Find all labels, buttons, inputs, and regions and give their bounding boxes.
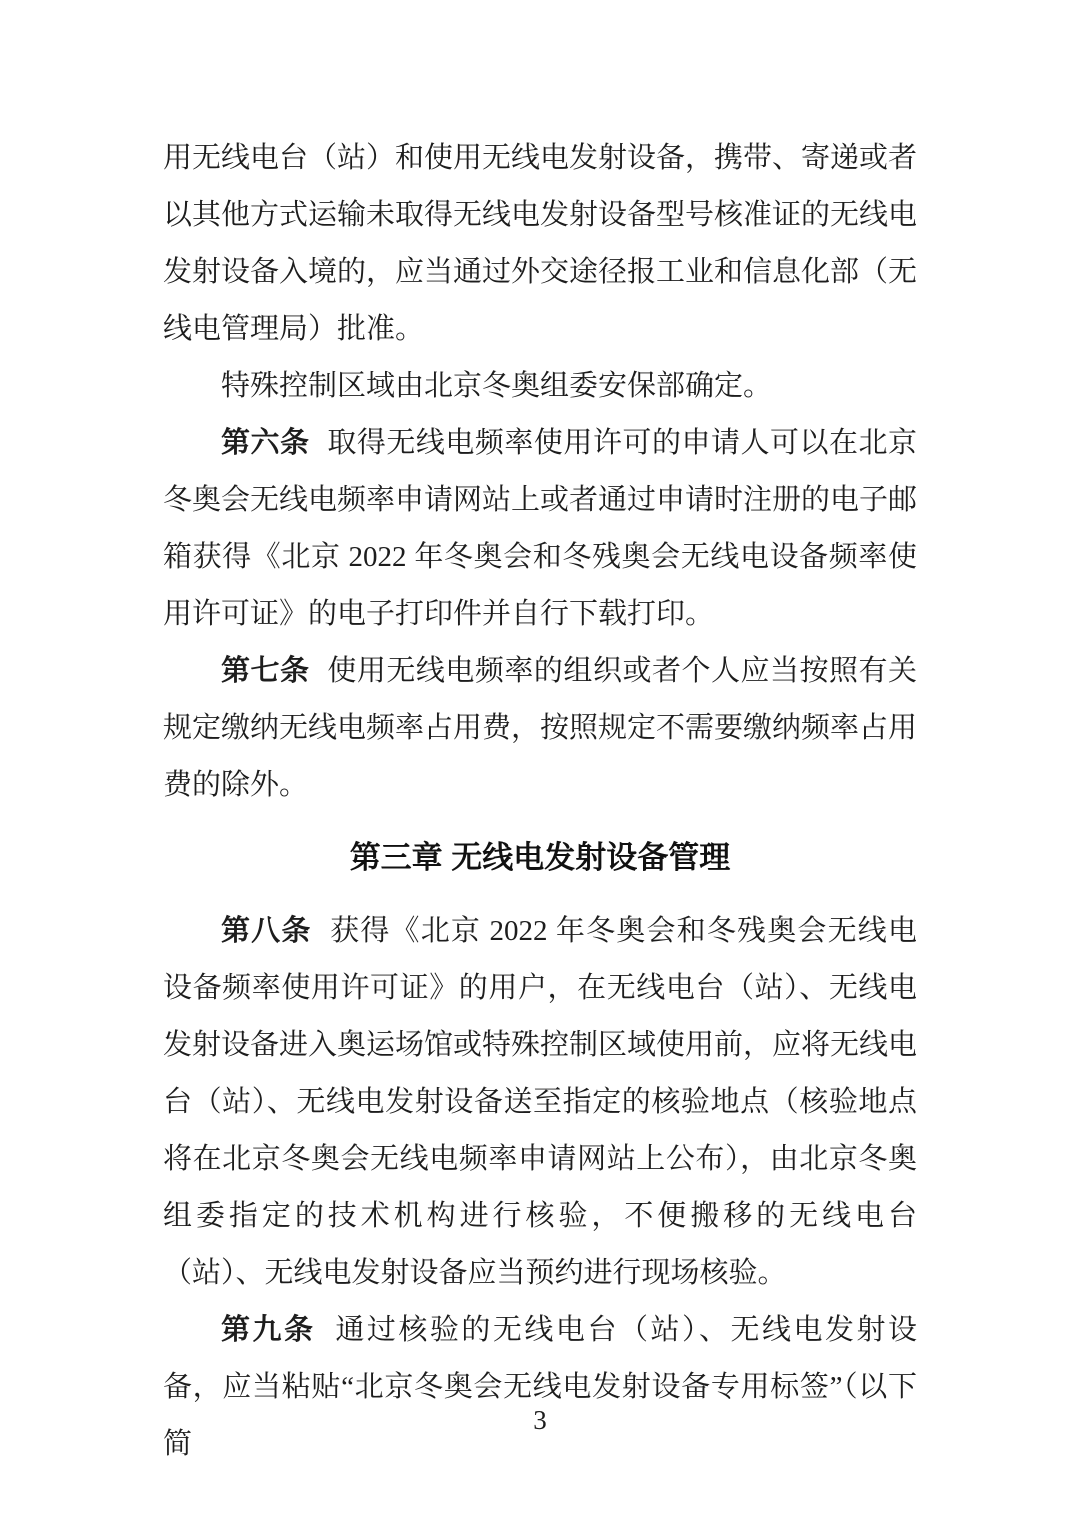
paragraph-text: 用无线电台（站）和使用无线电发射设备，携带、寄递或者以其他方式运输未取得无线电发… bbox=[163, 142, 917, 345]
document-page: 用无线电台（站）和使用无线电发射设备，携带、寄递或者以其他方式运输未取得无线电发… bbox=[0, 0, 1080, 1527]
paragraph: 特殊控制区域由北京冬奥组委安保部确定。 bbox=[163, 358, 917, 415]
paragraph-text: 获得《北京 2022 年冬奥会和冬残奥会无线电设备频率使用许可证》的用户，在无线… bbox=[163, 915, 917, 1289]
article-number-label: 第八条 bbox=[221, 915, 312, 947]
article-number-label: 第七条 bbox=[221, 655, 310, 687]
paragraph: 第六条 取得无线电频率使用许可的申请人可以在北京冬奥会无线电频率申请网站上或者通… bbox=[163, 415, 917, 643]
paragraph: 第八条 获得《北京 2022 年冬奥会和冬残奥会无线电设备频率使用许可证》的用户… bbox=[163, 903, 917, 1302]
chapter-heading: 第三章 无线电发射设备管理 bbox=[163, 829, 917, 886]
paragraph: 用无线电台（站）和使用无线电发射设备，携带、寄递或者以其他方式运输未取得无线电发… bbox=[163, 130, 917, 358]
document-content: 用无线电台（站）和使用无线电发射设备，携带、寄递或者以其他方式运输未取得无线电发… bbox=[163, 130, 917, 1473]
paragraph-text: 特殊控制区域由北京冬奥组委安保部确定。 bbox=[221, 370, 772, 402]
paragraph-text: 第三章 无线电发射设备管理 bbox=[350, 840, 731, 875]
article-number-label: 第六条 bbox=[221, 427, 310, 459]
page-number: 3 bbox=[0, 1404, 1080, 1436]
paragraph: 第七条 使用无线电频率的组织或者个人应当按照有关规定缴纳无线电频率占用费，按照规… bbox=[163, 643, 917, 814]
paragraph: 第九条 通过核验的无线电台（站）、无线电发射设备，应当粘贴“北京冬奥会无线电发射… bbox=[163, 1302, 917, 1473]
article-number-label: 第九条 bbox=[221, 1314, 316, 1346]
